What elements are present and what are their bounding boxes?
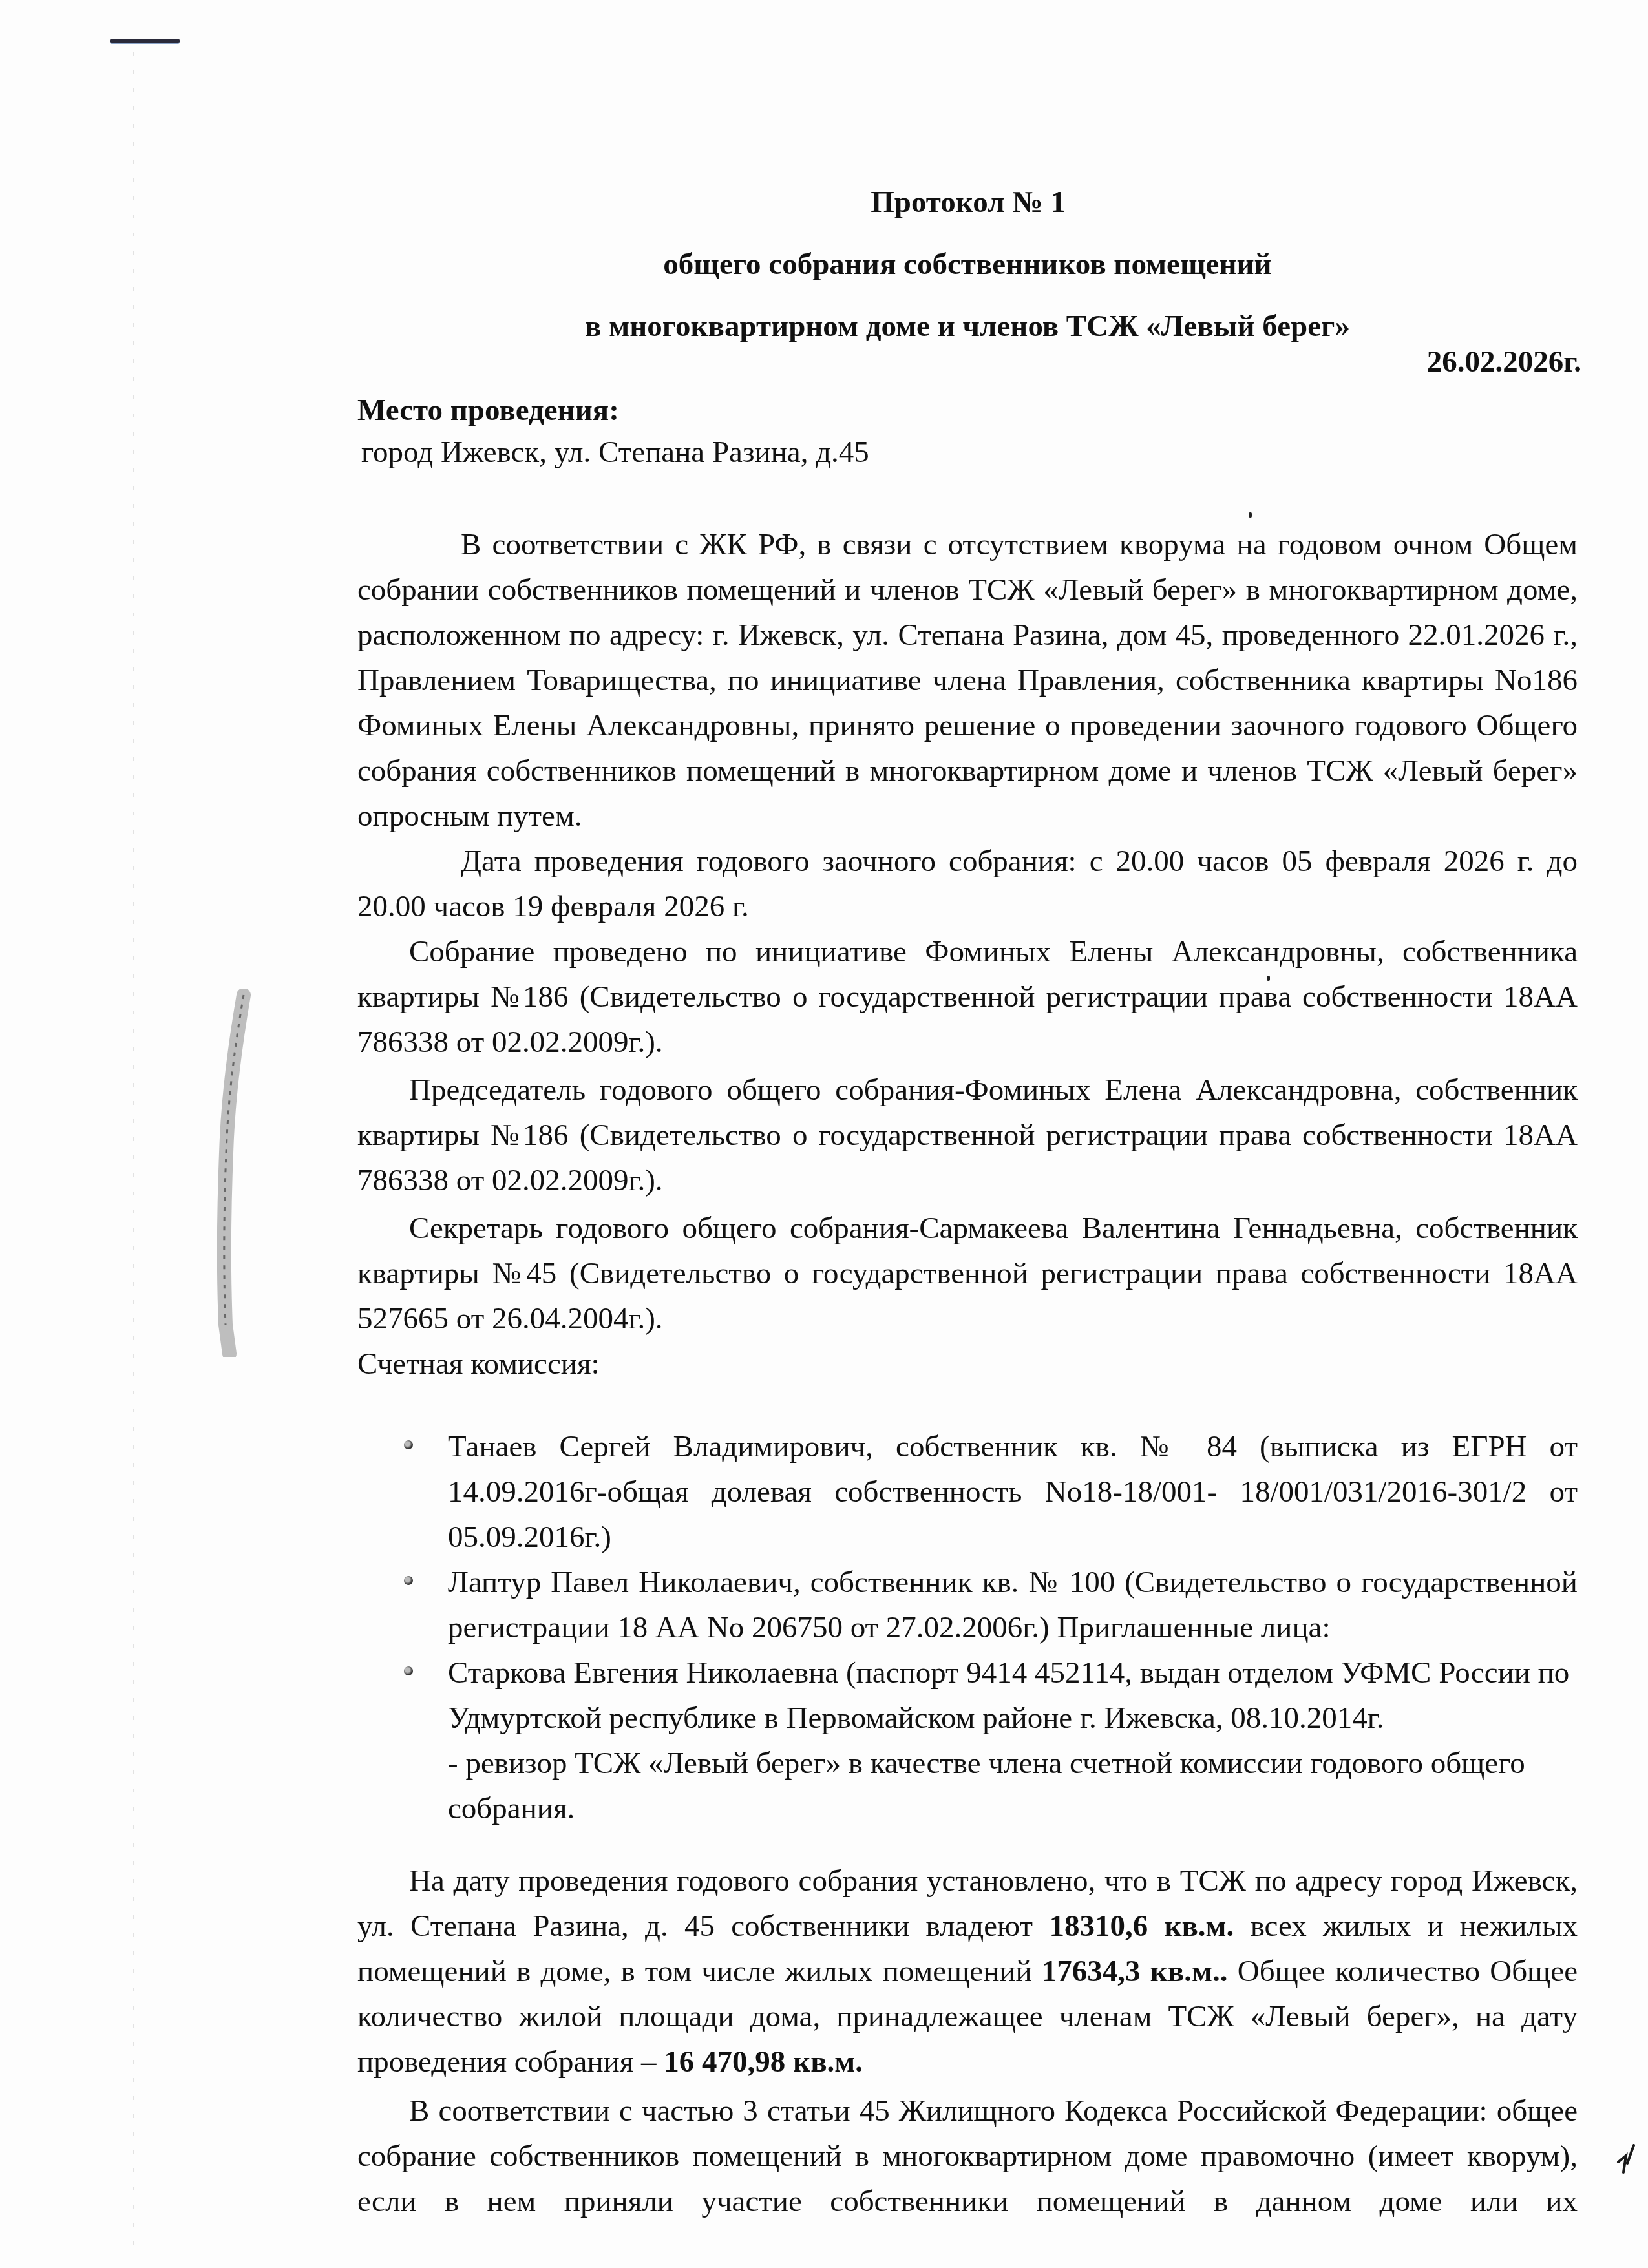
commission-list: Танаев Сергей Владимирович, собственник … xyxy=(357,1424,1578,1831)
document-date: 26.02.2026г. xyxy=(1427,339,1581,384)
intro-paragraph: В соответствии с ЖК РФ, в связи с отсутс… xyxy=(357,522,1578,839)
page-number-handwritten xyxy=(1614,2144,1640,2176)
area-paragraph: На дату проведения годового собрания уст… xyxy=(357,1858,1578,2084)
bullet-icon xyxy=(404,1576,413,1585)
document-title: Протокол № 1 xyxy=(357,171,1578,233)
counting-commission-label: Счетная комиссия: xyxy=(357,1341,1578,1387)
body-text: В соответствии с ЖК РФ, в связи с отсутс… xyxy=(357,522,1578,2224)
commission-member: Старкова Евгения Николаевна (паспорт 941… xyxy=(357,1650,1578,1831)
place-label: Место проведения: xyxy=(357,388,619,433)
commission-member-role: - ревизор ТСЖ «Левый берег» в качестве ч… xyxy=(448,1741,1578,1831)
document-subtitle-line-1: общего собрания собственников помещений xyxy=(357,233,1578,295)
law-paragraph: В соответствии с частью 3 статьи 45 Жили… xyxy=(357,2088,1578,2224)
bullet-icon xyxy=(404,1440,413,1449)
bullet-icon xyxy=(404,1666,413,1675)
place-value: город Ижевск, ул. Степана Разина, д.45 xyxy=(361,430,869,475)
document-subtitle-line-2: в многоквартирном доме и членов ТСЖ «Лев… xyxy=(357,295,1578,357)
residential-area: 17634,3 кв.м.. xyxy=(1042,1955,1228,1988)
document-page: Протокол № 1 общего собрания собственник… xyxy=(0,0,1648,2268)
commission-member: Танаев Сергей Владимирович, собственник … xyxy=(357,1424,1578,1560)
scan-speck xyxy=(1249,512,1252,518)
secretary-paragraph: Секретарь годового общего собрания-Сарма… xyxy=(357,1206,1578,1341)
commission-member-text: Старкова Евгения Николаевна (паспорт 941… xyxy=(448,1650,1578,1741)
fold-line xyxy=(133,52,134,2249)
chairman-paragraph: Председатель годового общего собрания-Фо… xyxy=(357,1067,1578,1203)
total-area: 18310,6 кв.м. xyxy=(1049,1909,1234,1943)
initiative-paragraph: Собрание проведено по инициативе Фоминых… xyxy=(357,929,1578,1065)
commission-member-text: Лаптур Павел Николаевич, собственник кв.… xyxy=(448,1560,1578,1650)
commission-member: Лаптур Павел Николаевич, собственник кв.… xyxy=(357,1560,1578,1650)
meeting-dates-paragraph: Дата проведения годового заочного собран… xyxy=(357,839,1578,929)
members-area: 16 470,98 кв.м. xyxy=(664,2045,863,2079)
staple-mark xyxy=(110,39,180,44)
binding-thread-mark xyxy=(210,989,255,1357)
commission-member-text: Танаев Сергей Владимирович, собственник … xyxy=(448,1424,1578,1560)
title-block: Протокол № 1 общего собрания собственник… xyxy=(357,171,1578,357)
